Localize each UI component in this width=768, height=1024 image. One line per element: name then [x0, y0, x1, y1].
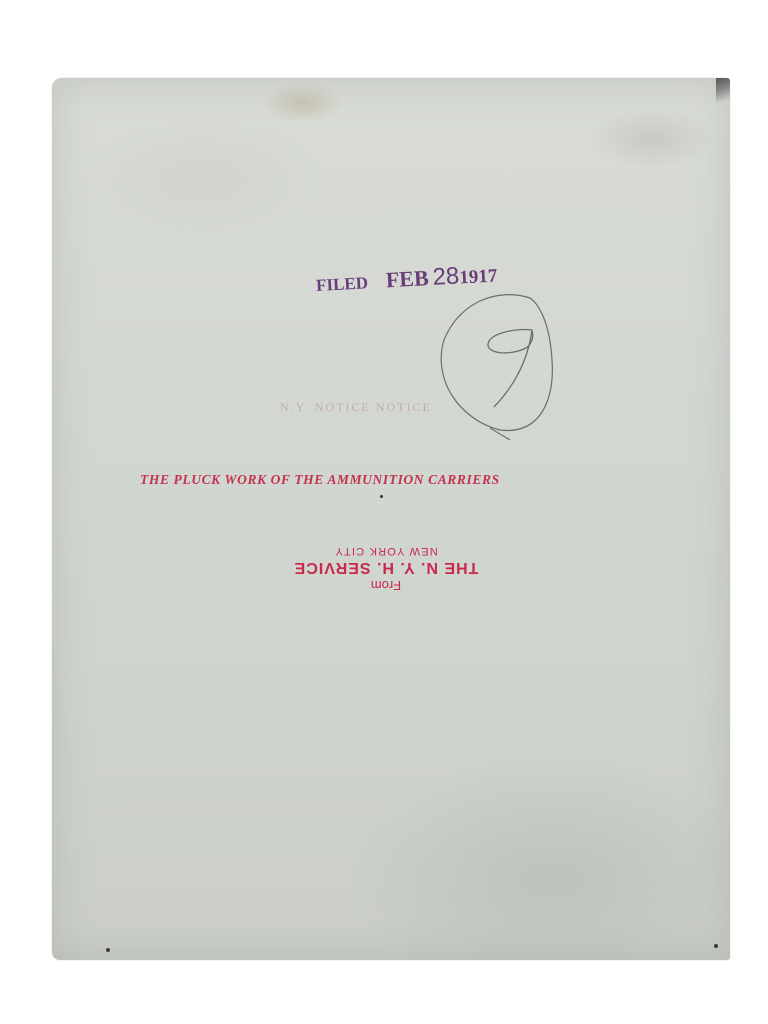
filed-month: FEB [385, 265, 429, 292]
worn-corner [716, 78, 730, 106]
source-stamp-upside-down: From THE N. Y. H. SERVICE NEW YORK CITY [288, 544, 484, 593]
faint-stamp-text: N.Y. NOTICE NOTICE [280, 400, 432, 415]
pin-hole [106, 948, 110, 952]
source-organization: THE N. Y. H. SERVICE [288, 558, 484, 577]
pin-hole [714, 944, 718, 948]
photo-caption: THE PLUCK WORK OF THE AMMUNITION CARRIER… [140, 472, 580, 488]
filed-word: FILED [316, 273, 369, 295]
circled-nine-pencil-mark [430, 280, 580, 440]
source-from: From [288, 577, 484, 593]
photo-card-back [52, 78, 730, 960]
source-city: NEW YORK CITY [288, 544, 484, 558]
ink-dot [380, 495, 383, 498]
